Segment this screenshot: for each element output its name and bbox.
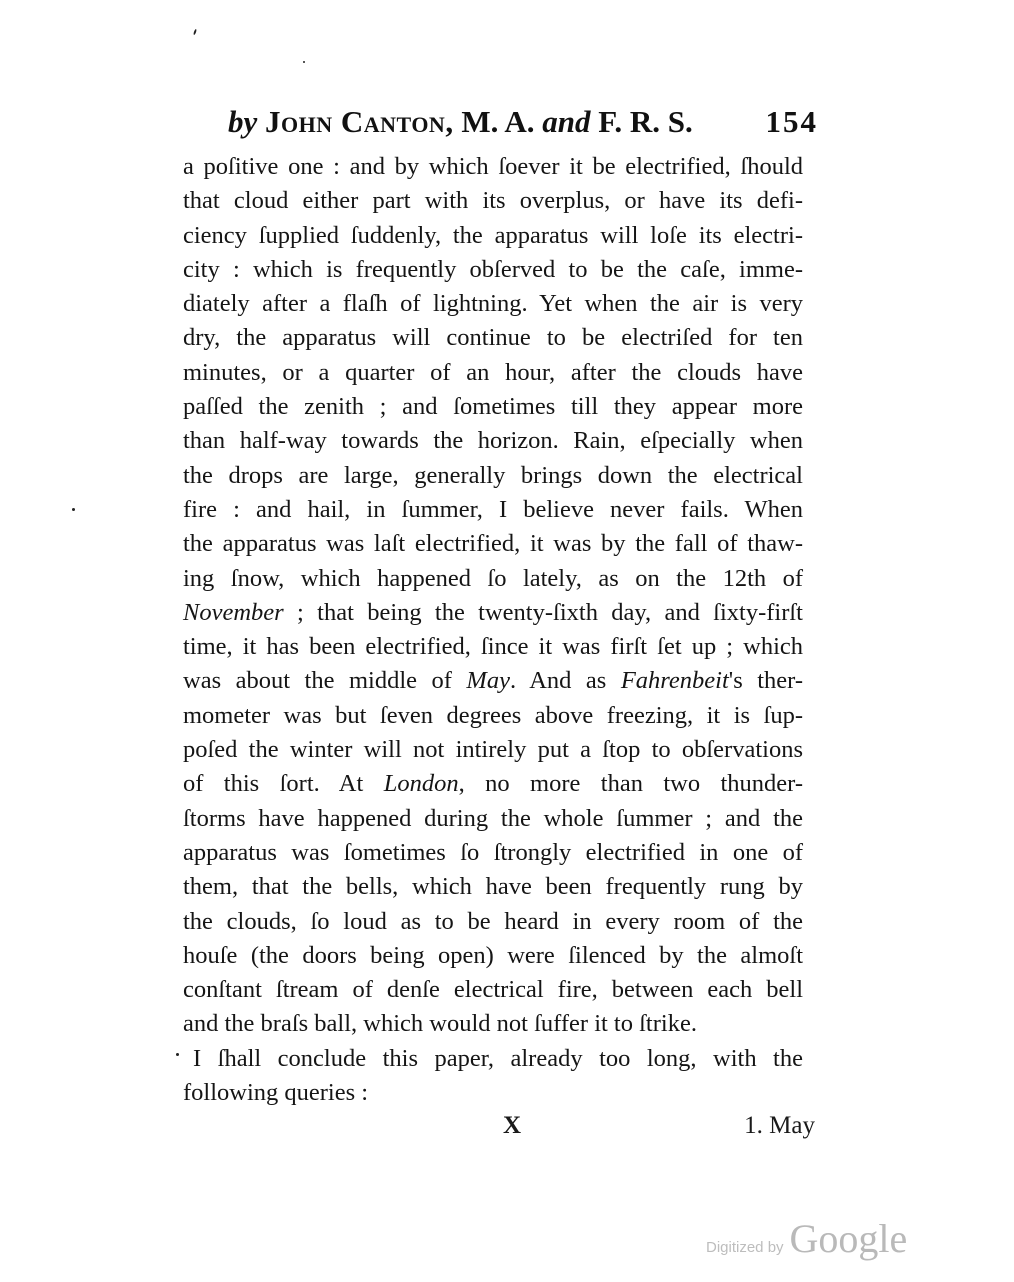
- text-segment: of this ſort. At: [183, 770, 384, 797]
- text-line-paragraph-end: following queries :: [183, 1076, 803, 1110]
- text-line: them, that the bells, which have been fr…: [183, 870, 803, 904]
- signature-mark: X: [503, 1108, 521, 1144]
- text-line: than half-way towards the horizon. Rain,…: [183, 424, 803, 458]
- text-line: apparatus was ſometimes ſo ſtrongly elec…: [183, 836, 803, 870]
- digitized-by-label: Digitized by: [706, 1239, 784, 1256]
- text-line: houſe (the doors being open) were ſilenc…: [183, 939, 803, 973]
- text-line: poſed the winter will not intirely put a…: [183, 733, 803, 767]
- header-degree-frs: F. R. S.: [598, 104, 692, 139]
- body-text: a poſitive one : and by which ſoever it …: [183, 150, 803, 1110]
- text-segment: was about the middle of: [183, 667, 466, 694]
- text-line: dry, the apparatus will continue to be e…: [183, 321, 803, 355]
- text-line: conſtant ſtream of denſe electrical fire…: [183, 973, 803, 1007]
- scan-speck: [176, 1053, 179, 1056]
- text-line: minutes, or a quarter of an hour, after …: [183, 356, 803, 390]
- italic-london: London: [384, 770, 459, 797]
- text-line: was about the middle of May. And as Fahr…: [183, 664, 803, 698]
- text-segment: 's ther-: [729, 667, 803, 694]
- text-line: the clouds, ſo loud as to be heard in ev…: [183, 905, 803, 939]
- scan-speck: [72, 508, 75, 511]
- text-line: the drops are large, generally brings do…: [183, 459, 803, 493]
- text-line-paragraph-start: I ſhall conclude this paper, already too…: [183, 1042, 803, 1076]
- text-line: mometer was but ſeven degrees above free…: [183, 699, 803, 733]
- text-line: November ; that being the twenty-ſixth d…: [183, 596, 803, 630]
- text-line: city : which is frequently obſerved to b…: [183, 253, 803, 287]
- text-line: time, it has been electrified, ſince it …: [183, 630, 803, 664]
- header-author-name: John Canton,: [265, 104, 454, 139]
- text-line: a poſitive one : and by which ſoever it …: [183, 150, 803, 184]
- running-header: by John Canton, M. A. and F. R. S. 154: [228, 100, 818, 144]
- google-logo: Google: [790, 1216, 908, 1261]
- text-line: that cloud either part with its overplus…: [183, 184, 803, 218]
- text-segment: . And as: [510, 667, 621, 694]
- header-degree-ma: M. A.: [461, 104, 534, 139]
- header-by: by: [228, 104, 257, 139]
- text-line: ſtorms have happened during the whole ſu…: [183, 802, 803, 836]
- text-line: paſſed the zenith ; and ſometimes till t…: [183, 390, 803, 424]
- digitized-by-google-watermark: Digitized by Google: [706, 1215, 907, 1259]
- text-line: the apparatus was laſt electrified, it w…: [183, 527, 803, 561]
- text-line: ciency ſupplied ſuddenly, the apparatus …: [183, 219, 803, 253]
- text-segment: ; that being the twenty-ſixth day, and ſ…: [284, 599, 803, 626]
- text-line: ing ſnow, which happened ſo lately, as o…: [183, 562, 803, 596]
- text-line: diately after a flaſh of lightning. Yet …: [183, 287, 803, 321]
- scan-speck: [193, 29, 197, 35]
- catchword: 1. May: [744, 1108, 815, 1144]
- page-number: 154: [766, 100, 819, 144]
- text-line: fire : and hail, in ſummer, I believe ne…: [183, 493, 803, 527]
- italic-fahrenheit: Fahrenbeit: [621, 667, 729, 694]
- italic-may: May: [466, 667, 510, 694]
- text-line-paragraph-end: and the braſs ball, which would not ſuff…: [183, 1007, 803, 1041]
- page-footer: X 1. May: [183, 1108, 815, 1144]
- header-and: and: [542, 104, 590, 139]
- scanned-book-page: by John Canton, M. A. and F. R. S. 154 a…: [0, 0, 1014, 1282]
- text-segment: , no more than two thunder-: [459, 770, 803, 797]
- scan-speck: [303, 61, 305, 63]
- italic-november: November: [183, 599, 284, 626]
- text-line: of this ſort. At London, no more than tw…: [183, 767, 803, 801]
